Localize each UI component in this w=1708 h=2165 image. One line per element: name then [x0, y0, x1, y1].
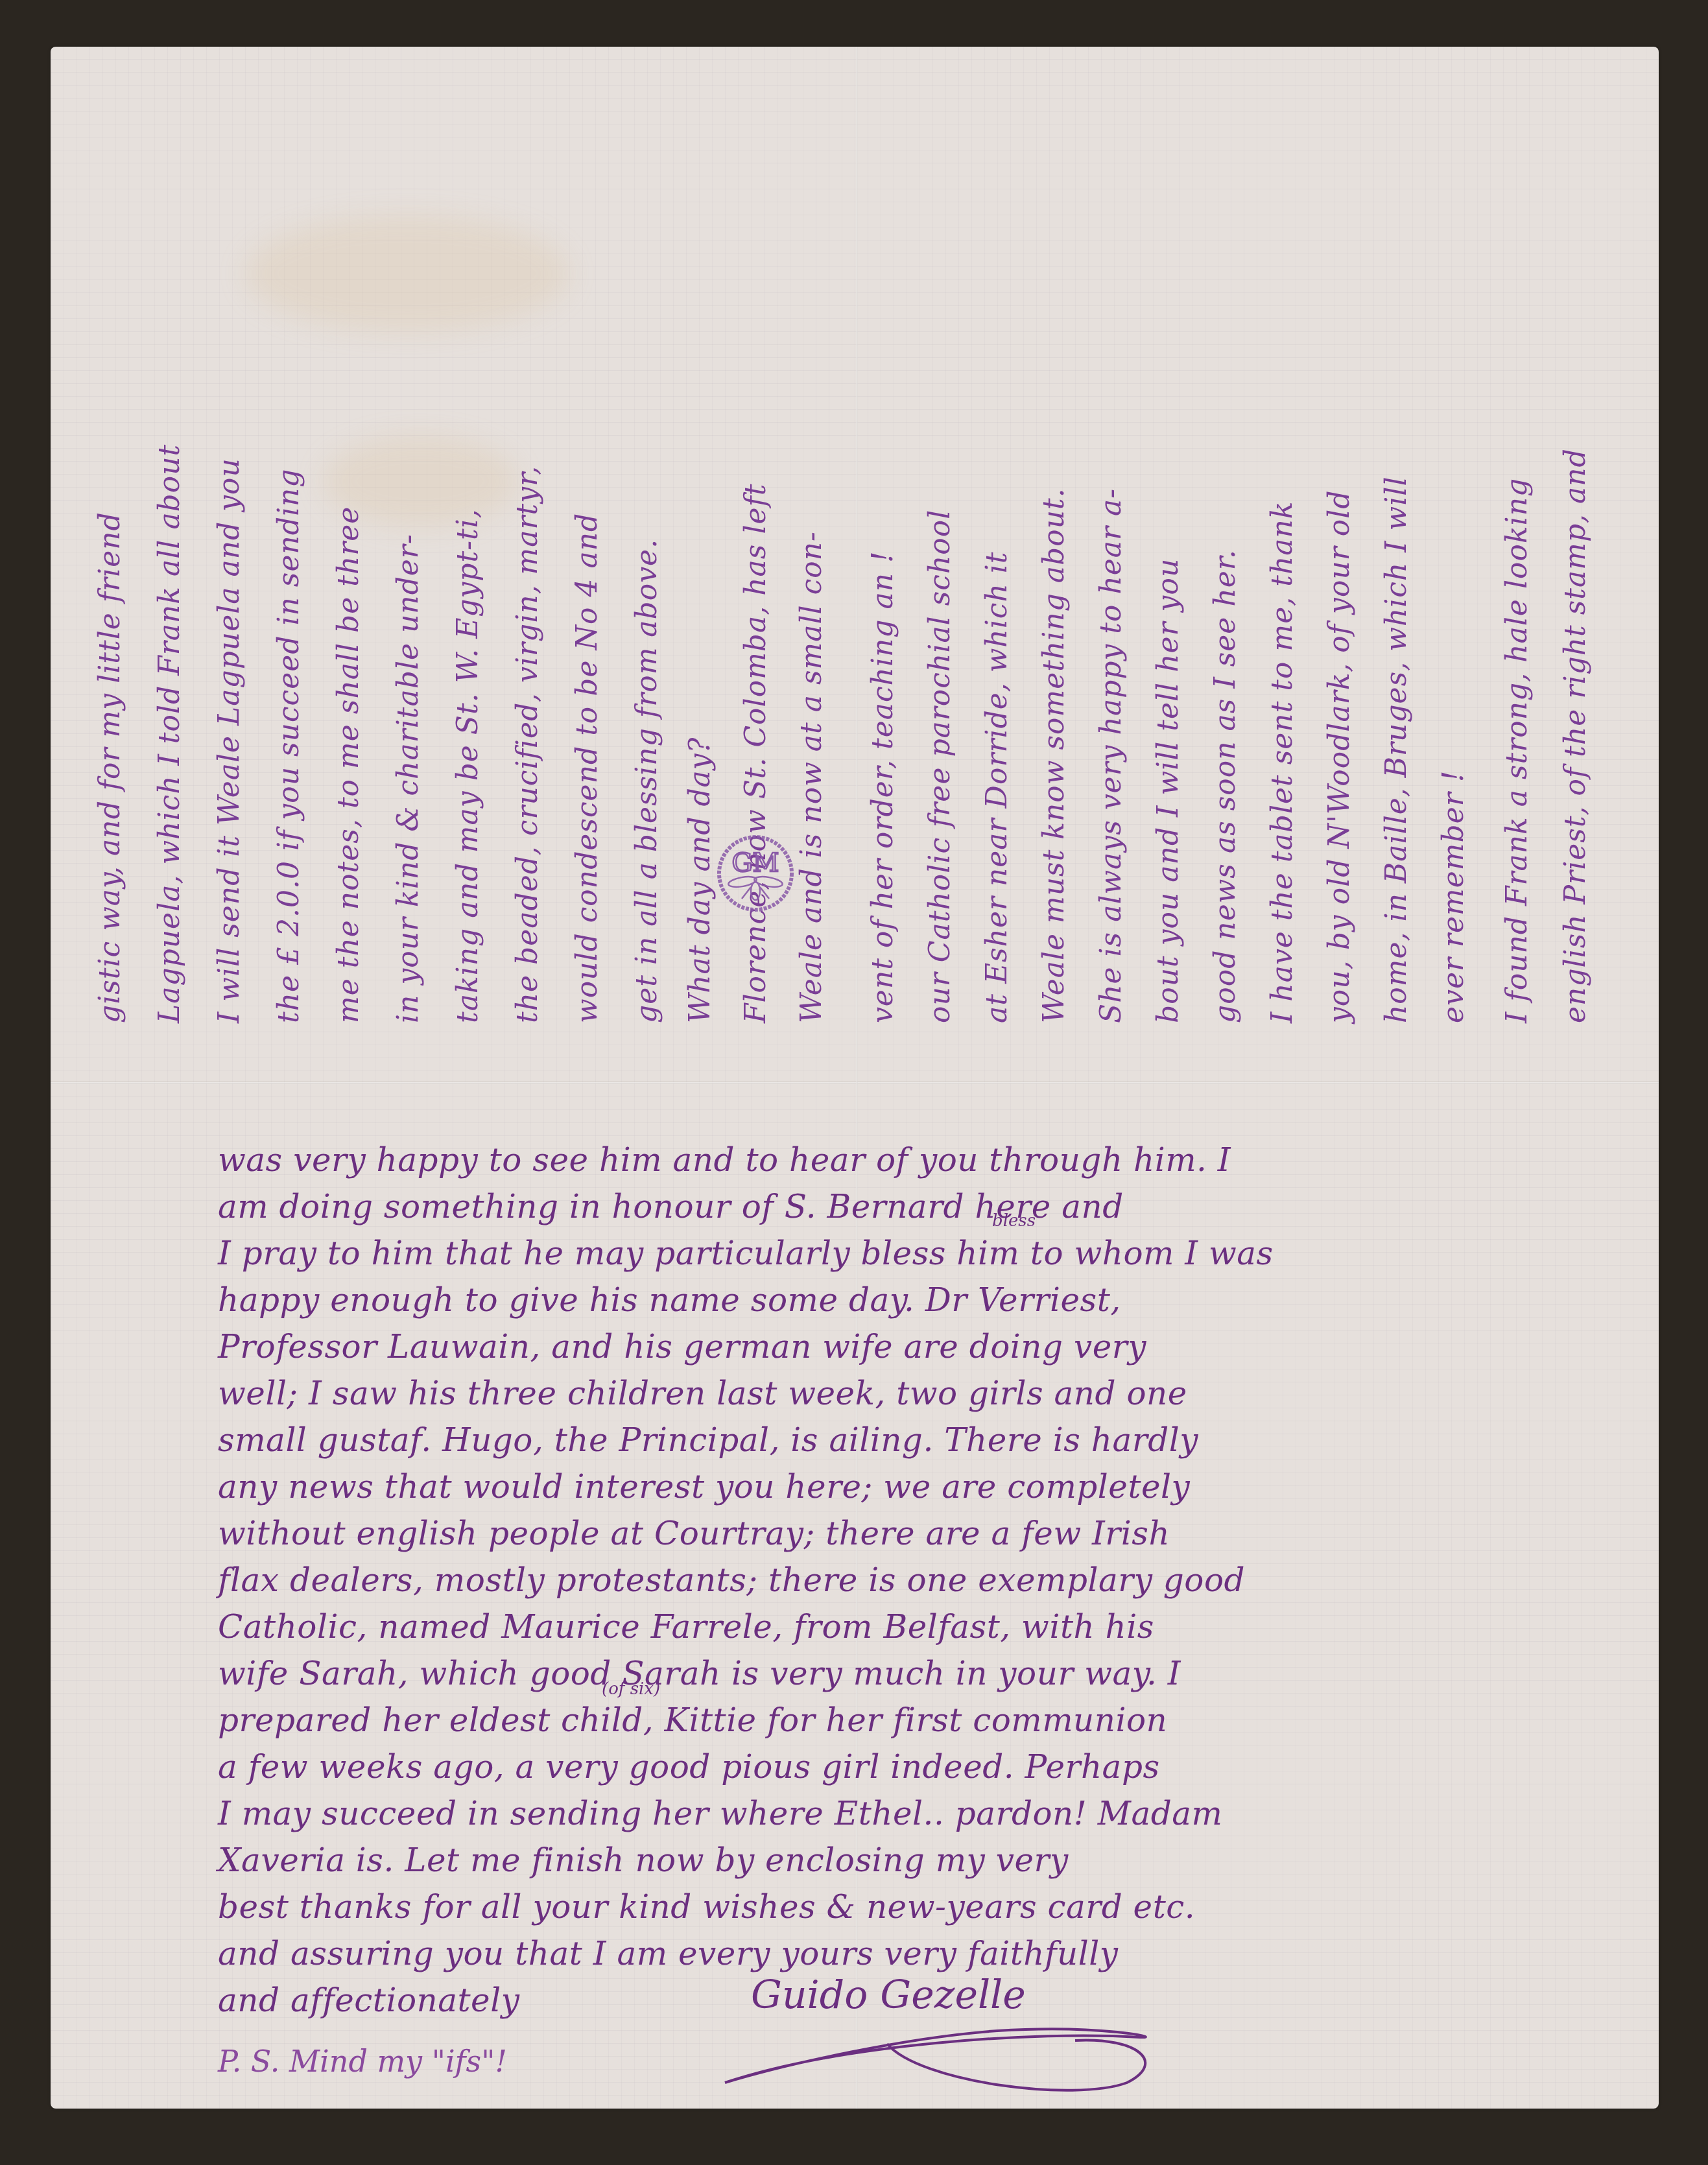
rotated-line: I have the tablet sent to me, thank	[1268, 89, 1297, 1023]
rotated-line: Lagpuela, which I told Frank all about	[156, 89, 184, 1023]
rotated-line: the £ 2.0.0 if you succeed in sending	[275, 89, 303, 1023]
letter-line: am doing something in honour of S. Berna…	[218, 1188, 1619, 1225]
letter-line: and assuring you that I am every yours v…	[218, 1935, 1619, 1972]
letter-line: I may succeed in sending her where Ethel…	[218, 1795, 1619, 1832]
gm-bee-stamp-icon: GM	[713, 831, 798, 916]
rotated-line: me the notes, to me shall be three	[335, 89, 363, 1023]
rotated-line: vent of her order, teaching an !	[869, 89, 897, 1023]
svg-text:GM: GM	[732, 848, 779, 878]
rotated-line: the beaded, crucified, virgin, martyr,	[514, 89, 542, 1023]
rotated-line: home, in Baille, Bruges, which I will	[1382, 89, 1411, 1023]
rotated-line: She is always very happy to hear a-	[1097, 89, 1126, 1023]
letter-line: prepared her eldest child, Kittie for he…	[218, 1701, 1619, 1739]
rotated-line: would condescend to be No 4 and	[573, 89, 602, 1023]
rotated-line: get in all a blessing from above.	[633, 89, 661, 1023]
letter-line: any news that would interest you here; w…	[218, 1468, 1619, 1506]
letter-line: Catholic, named Maurice Farrele, from Be…	[218, 1608, 1619, 1646]
rotated-line: bout you and I will tell her you	[1154, 89, 1183, 1023]
rotated-line: our Catholic free parochial school	[926, 89, 955, 1023]
letter-line: a few weeks ago, a very good pious girl …	[218, 1748, 1619, 1786]
rotated-line: in your kind & charitable under-	[394, 89, 423, 1023]
letter-line: without english people at Courtray; ther…	[218, 1515, 1619, 1552]
upper-rotated-section: gistic way, and for my little friend Lag…	[51, 47, 1659, 1082]
rotated-line: you, by old N'Woodlark, of your old	[1325, 89, 1354, 1023]
interlinear-note-of-six: (of six)	[602, 1679, 660, 1699]
interlinear-note-bless: bless	[992, 1211, 1036, 1231]
rotated-line: english Priest, of the right stamp, and	[1561, 89, 1590, 1023]
letter-line: Professor Lauwain, and his german wife a…	[218, 1328, 1619, 1366]
letter-line: was very happy to see him and to hear of…	[218, 1141, 1619, 1179]
letter-line: best thanks for all your kind wishes & n…	[218, 1888, 1619, 1926]
rotated-line: good news as soon as I see her.	[1211, 89, 1240, 1023]
letter-line: I pray to him that he may particularly b…	[218, 1235, 1619, 1272]
letter-line: and affectionately	[218, 1982, 672, 2019]
letter-line: Xaveria is. Let me finish now by enclosi…	[218, 1841, 1619, 1879]
letter-line: happy enough to give his name some day. …	[218, 1281, 1619, 1319]
rotated-line: I will send it Weale Lagpuela and you	[215, 89, 244, 1023]
lower-section: was very happy to see him and to hear of…	[51, 1084, 1659, 2109]
postscript: P. S. Mind my "ifs"!	[218, 2044, 507, 2079]
signature-flourish-icon	[712, 2005, 1153, 2102]
letter-line: well; I saw his three children last week…	[218, 1375, 1619, 1412]
rotated-line: at Esher near Dorride, which it	[983, 89, 1012, 1023]
rotated-line: What day and day?	[686, 686, 715, 1023]
letter-sheet: gistic way, and for my little friend Lag…	[51, 47, 1659, 2109]
letter-line: small gustaf. Hugo, the Principal, is ai…	[218, 1421, 1619, 1459]
letter-line: flax dealers, mostly protestants; there …	[218, 1561, 1619, 1599]
rotated-line: Weale must know something about.	[1040, 89, 1069, 1023]
letter-line: wife Sarah, which good Sarah is very muc…	[218, 1655, 1619, 1692]
rotated-line: Weale and is now at a small con-	[798, 89, 826, 1023]
rotated-line: ever remember !	[1440, 634, 1468, 1023]
rotated-line: I found Frank a strong, hale looking	[1503, 89, 1532, 1023]
rotated-line: taking and may be St. W. Egypt-ti,	[454, 89, 482, 1023]
rotated-line: gistic way, and for my little friend	[96, 89, 125, 1023]
